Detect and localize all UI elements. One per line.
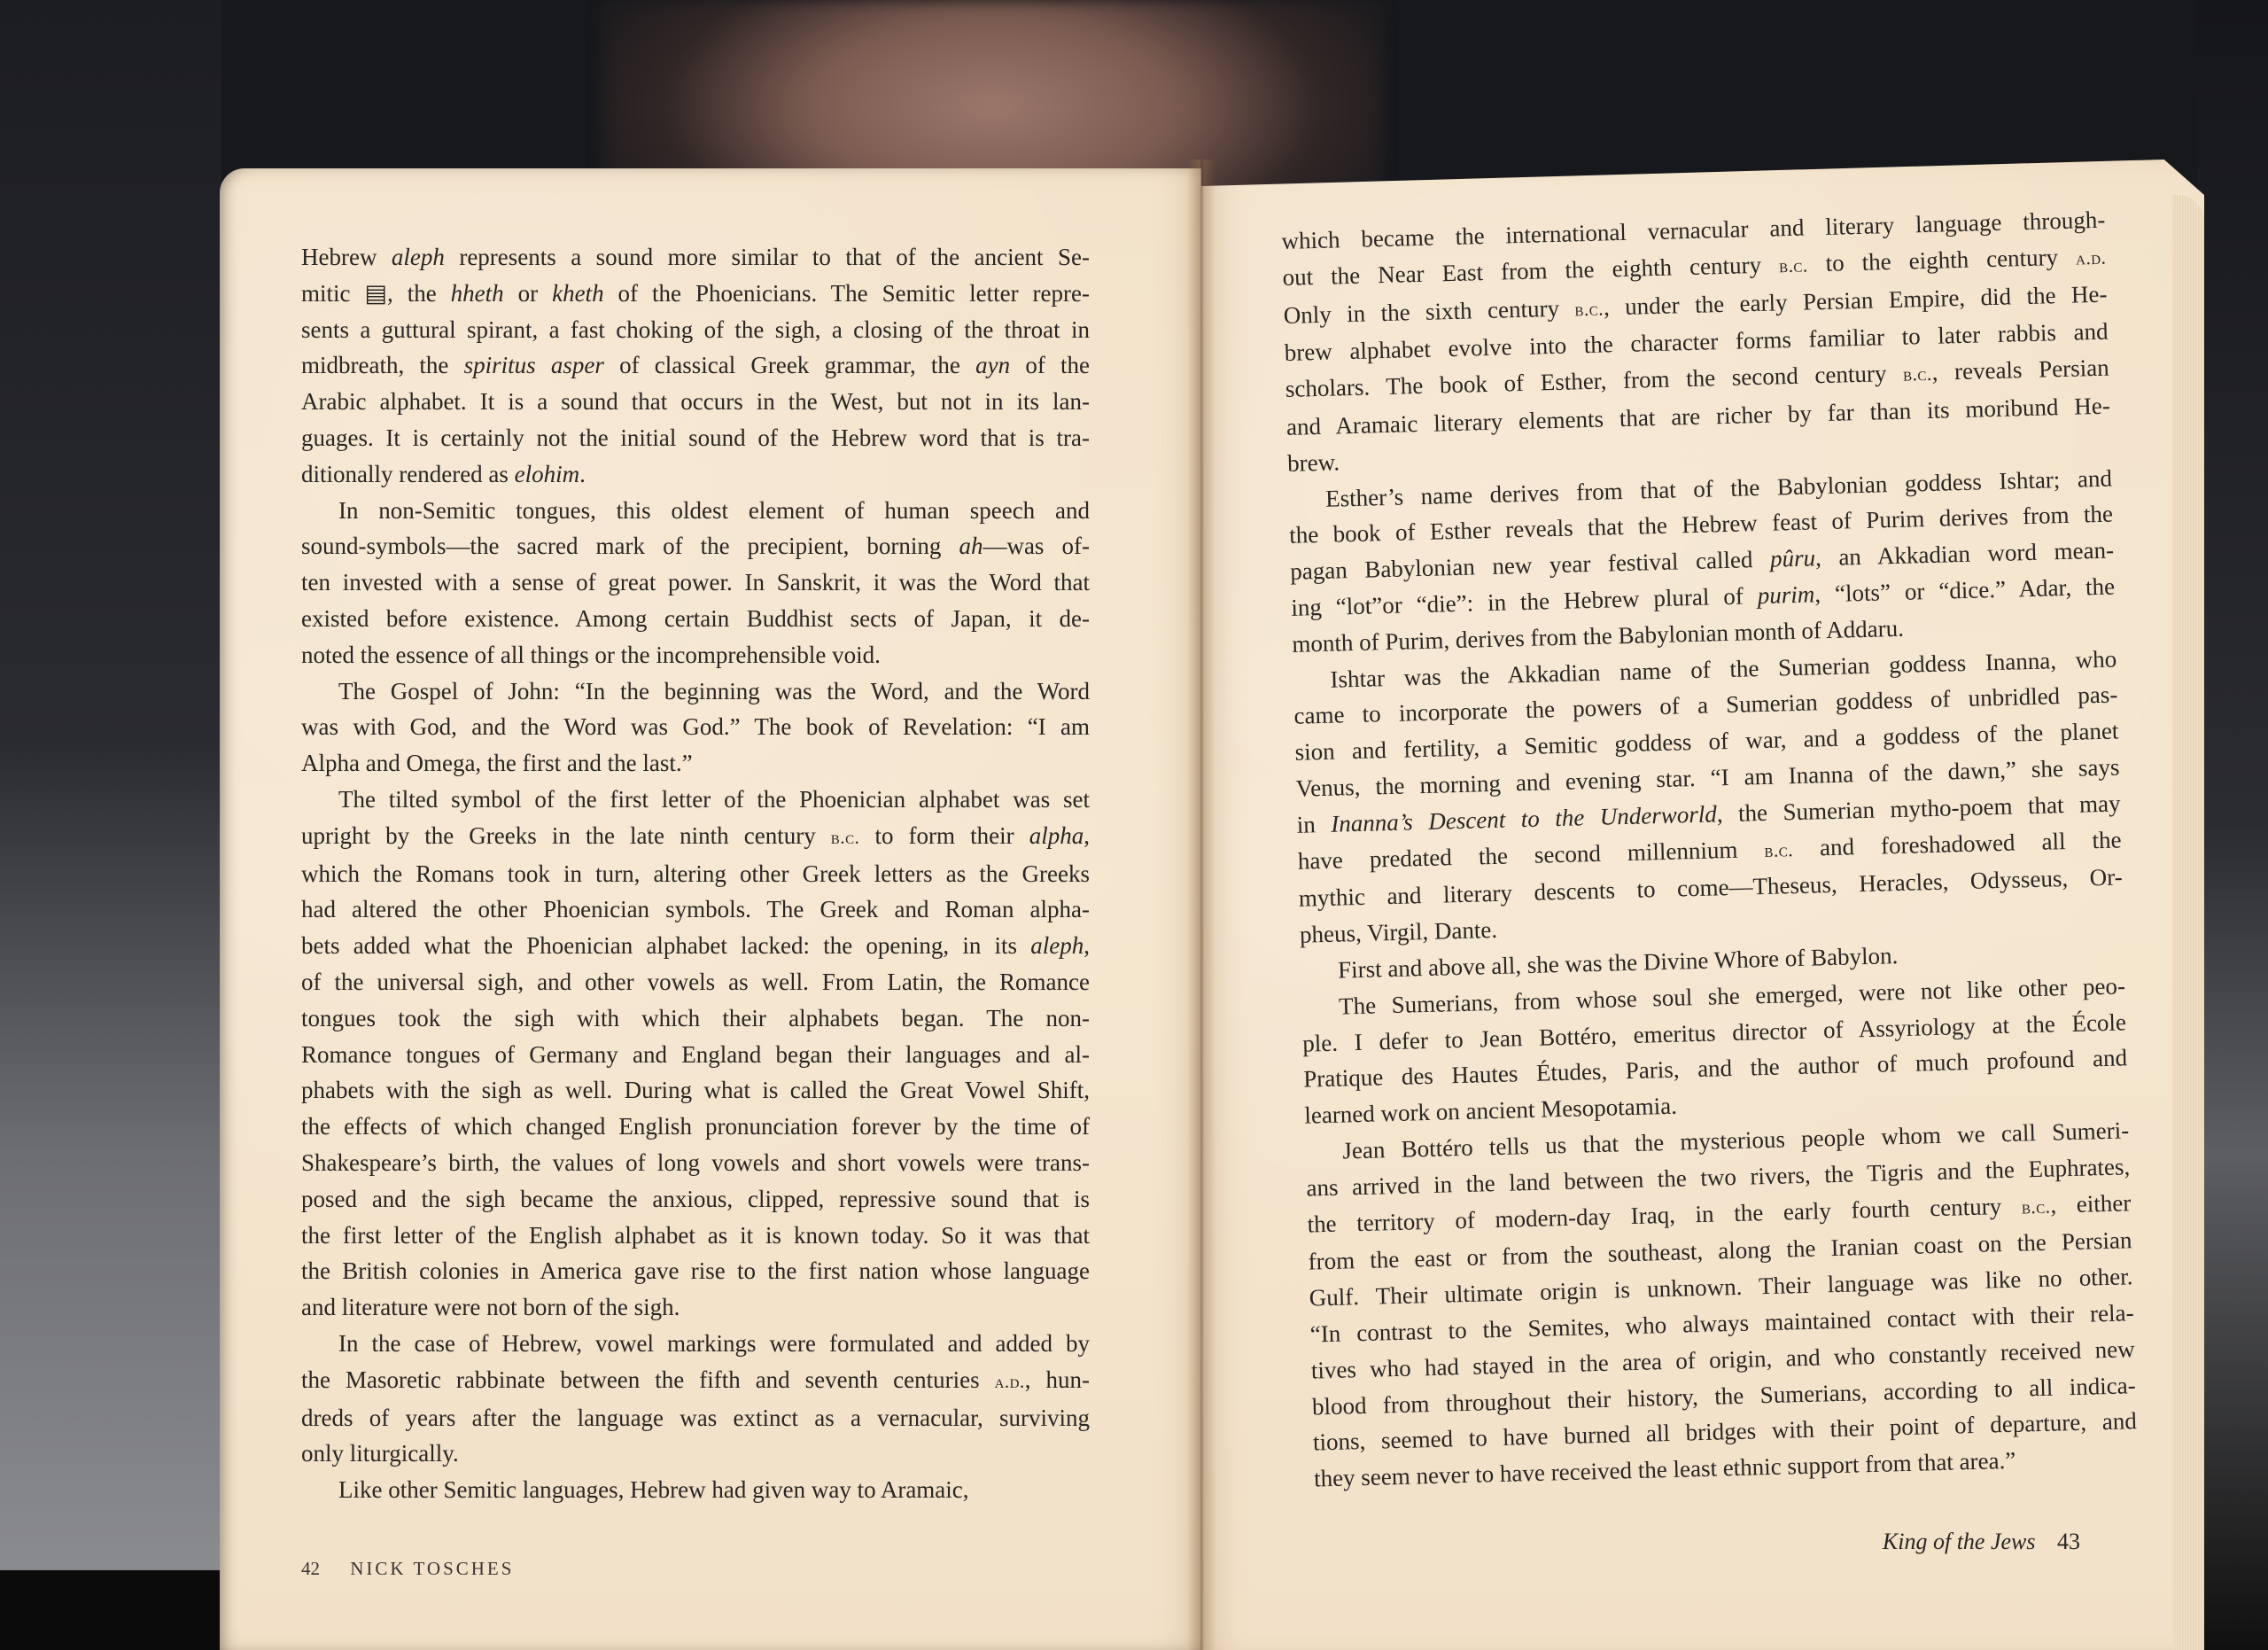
running-head-title: King of the Jews bbox=[1883, 1529, 2036, 1554]
running-head-author: NICK TOSCHES bbox=[350, 1558, 514, 1579]
text-line: Hebrew aleph represents a sound more sim… bbox=[301, 239, 1090, 276]
text-line: and literature were not born of the sigh… bbox=[301, 1289, 1090, 1326]
text-line: noted the essence of all things or the i… bbox=[301, 637, 1090, 673]
right-page-footer: King of the Jews 43 bbox=[1883, 1529, 2080, 1555]
text-line: had altered the other Phoenician symbols… bbox=[301, 891, 1090, 928]
page-number-left: 42 bbox=[301, 1558, 320, 1579]
text-line: sents a guttural spirant, a fast choking… bbox=[301, 312, 1090, 348]
page-number-right: 43 bbox=[2057, 1529, 2080, 1554]
text-line: the first letter of the English alphabet… bbox=[301, 1218, 1090, 1254]
text-line: phabets with the sigh as well. During wh… bbox=[301, 1072, 1090, 1109]
text-line: The tilted symbol of the first letter of… bbox=[301, 782, 1090, 818]
text-line: In the case of Hebrew, vowel markings we… bbox=[301, 1326, 1090, 1362]
text-line: mitic ▤, the hheth or kheth of the Phoen… bbox=[301, 276, 1090, 312]
text-line: The Gospel of John: “In the beginning wa… bbox=[301, 673, 1090, 710]
text-line: existed before existence. Among certain … bbox=[301, 601, 1090, 637]
text-line: Like other Semitic languages, Hebrew had… bbox=[301, 1472, 1090, 1508]
right-page: which became the international vernacula… bbox=[1201, 160, 2204, 1650]
page-edges bbox=[2172, 195, 2204, 1650]
text-line: In non-Semitic tongues, this oldest elem… bbox=[301, 493, 1090, 529]
right-page-text: which became the international vernacula… bbox=[1281, 202, 2138, 1498]
background-right-strip bbox=[2197, 0, 2268, 1650]
text-line: the British colonies in America gave ris… bbox=[301, 1253, 1090, 1289]
text-line: ditionally rendered as elohim. bbox=[301, 456, 1090, 493]
text-line: midbreath, the spiritus asper of classic… bbox=[301, 347, 1090, 384]
text-line: Shakespeare’s birth, the values of long … bbox=[301, 1145, 1090, 1181]
background-left-strip bbox=[0, 0, 221, 1650]
left-page-text: Hebrew aleph represents a sound more sim… bbox=[301, 239, 1090, 1508]
text-line: the effects of which changed English pro… bbox=[301, 1109, 1090, 1145]
text-line: which the Romans took in turn, altering … bbox=[301, 856, 1090, 892]
text-line: Alpha and Omega, the first and the last.… bbox=[301, 745, 1090, 782]
text-line: Romance tongues of Germany and England b… bbox=[301, 1037, 1090, 1073]
left-page-footer: 42 NICK TOSCHES bbox=[301, 1558, 514, 1580]
text-line: only liturgically. bbox=[301, 1436, 1090, 1472]
text-line: tongues took the sigh with which their a… bbox=[301, 1000, 1090, 1037]
text-line: ten invested with a sense of great power… bbox=[301, 564, 1090, 601]
text-line: upright by the Greeks in the late ninth … bbox=[301, 818, 1090, 856]
text-line: bets added what the Phoenician alphabet … bbox=[301, 928, 1090, 964]
book-gutter bbox=[1187, 160, 1216, 1650]
text-line: Arabic alphabet. It is a sound that occu… bbox=[301, 384, 1090, 420]
text-line: posed and the sigh became the anxious, c… bbox=[301, 1181, 1090, 1218]
text-line: sound-symbols—the sacred mark of the pre… bbox=[301, 528, 1090, 564]
text-line: the Masoretic rabbinate between the fift… bbox=[301, 1362, 1090, 1400]
left-page: Hebrew aleph represents a sound more sim… bbox=[220, 168, 1201, 1650]
text-line: guages. It is certainly not the initial … bbox=[301, 420, 1090, 456]
open-book: Hebrew aleph represents a sound more sim… bbox=[220, 160, 2204, 1650]
text-line: of the universal sigh, and other vowels … bbox=[301, 964, 1090, 1000]
text-line: was with God, and the Word was God.” The… bbox=[301, 709, 1090, 745]
text-line: dreds of years after the language was ex… bbox=[301, 1400, 1090, 1436]
